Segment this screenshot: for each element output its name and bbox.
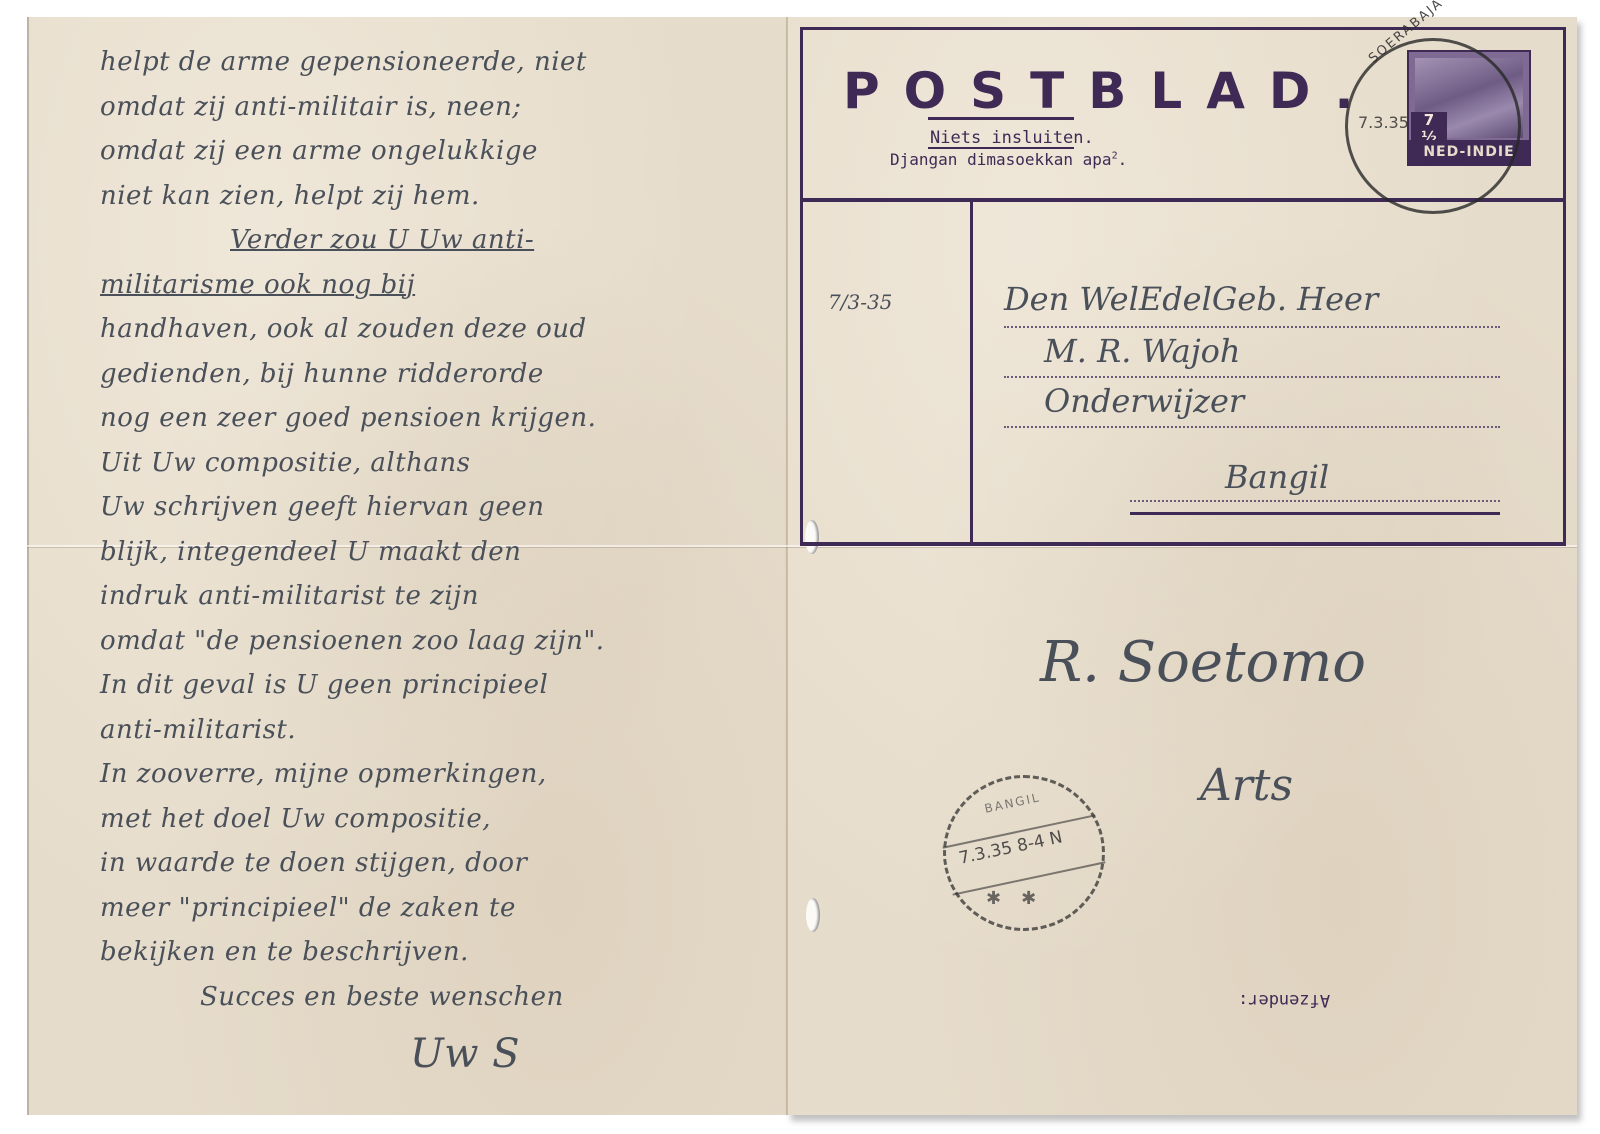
- title-rule: [928, 117, 1074, 120]
- letter-line: omdat zij een arme ongelukkige: [100, 129, 780, 174]
- arrival-postmark-city: BANGIL: [983, 790, 1042, 816]
- letter-closing: Succes en beste wenschen: [100, 975, 780, 1020]
- letter-line: gedienden, bij hunne ridderorde: [100, 352, 780, 397]
- letter-line: indruk anti-militarist te zijn: [100, 574, 780, 619]
- sender-label: Afzender:: [1238, 990, 1330, 1010]
- star-icon: ✱✱: [986, 888, 1056, 909]
- postblad-title: POSTBLAD.: [843, 62, 1377, 120]
- instruction-rule: [928, 147, 1074, 149]
- letter-line: Uit Uw compositie, althans: [100, 441, 780, 486]
- center-fold: [786, 17, 788, 1115]
- letter-line: in waarde te doen stijgen, door: [100, 841, 780, 886]
- address-rule: [1130, 512, 1500, 515]
- sender-signature: R. Soetomo: [1040, 630, 1366, 695]
- handwritten-letter: helpt de arme gepensioneerde, niet omdat…: [100, 40, 780, 1089]
- instruction-dutch: Niets insluiten.: [930, 128, 1094, 148]
- address-line-3: Onderwijzer: [1004, 382, 1500, 428]
- address-line-2: M. R. Wajoh: [1004, 332, 1500, 378]
- letter-signature: Uw S: [100, 1019, 780, 1089]
- address-line-1: Den WelEdelGeb. Heer: [1004, 280, 1500, 328]
- departure-postmark: SOERABAJA 7.3.35: [1345, 38, 1521, 214]
- letter-line: handhaven, ook al zouden deze oud: [100, 307, 780, 352]
- letter-line: In zooverre, mijne opmerkingen,: [100, 752, 780, 797]
- letter-line: meer "principieel" de zaken te: [100, 886, 780, 931]
- paper-hole: [806, 898, 820, 932]
- address-line-4: Bangil: [1130, 458, 1500, 502]
- instruction-malay: Djangan dimasoekkan apa2.: [890, 150, 1127, 169]
- letter-line: In dit geval is U geen principieel: [100, 663, 780, 708]
- handwritten-date: 7/3-35: [828, 290, 892, 314]
- letter-line: blijk, integendeel U maakt den: [100, 530, 780, 575]
- letter-line: Verder zou U Uw anti-: [100, 218, 780, 263]
- letter-line: bekijken en te beschrijven.: [100, 930, 780, 975]
- arrival-postmark: BANGIL 7.3.35 8-4 N ✱✱: [943, 775, 1105, 931]
- letter-line: Uw schrijven geeft hiervan geen: [100, 485, 780, 530]
- letter-line: met het doel Uw compositie,: [100, 797, 780, 842]
- letter-line: anti-militarist.: [100, 708, 780, 753]
- letter-line: omdat zij anti-militair is, neen;: [100, 85, 780, 130]
- address-divider: [970, 200, 973, 546]
- letter-line: niet kan zien, helpt zij hem.: [100, 174, 780, 219]
- letter-line: nog een zeer goed pensioen krijgen.: [100, 396, 780, 441]
- letter-line: militarisme ook nog bij: [100, 263, 780, 308]
- letter-line: omdat "de pensioenen zoo laag zijn".: [100, 619, 780, 664]
- letter-line: helpt de arme gepensioneerde, niet: [100, 40, 780, 85]
- postmark-date: 7.3.35: [1358, 113, 1409, 132]
- sender-title: Arts: [1200, 760, 1293, 811]
